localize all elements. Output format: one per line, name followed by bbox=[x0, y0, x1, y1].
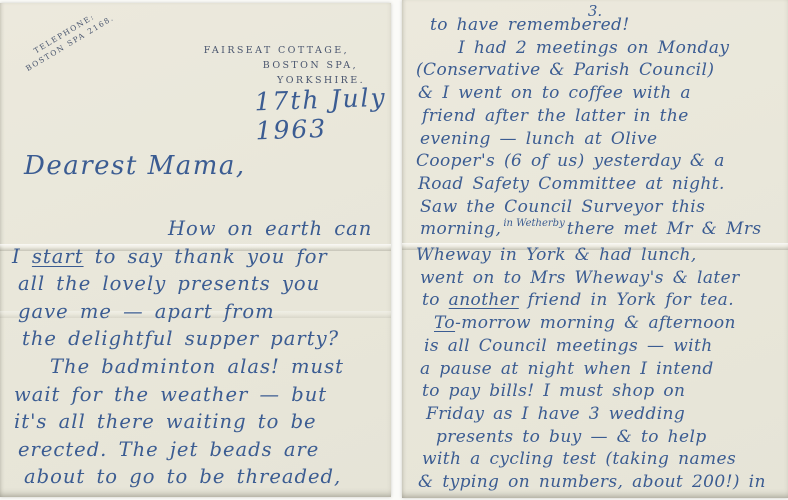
telephone-line: TELEPHONE: bbox=[18, 3, 111, 65]
letterhead-telephone: TELEPHONE: BOSTON SPA 2168. bbox=[18, 3, 116, 74]
handwritten-line: & I went on to coffee with a bbox=[416, 82, 784, 105]
handwritten-line: it's all there waiting to be bbox=[12, 408, 385, 436]
line-fragment: -morrow morning & afternoon bbox=[455, 313, 736, 333]
handwritten-line: (Conservative & Parish Council) bbox=[416, 59, 784, 82]
handwritten-line: evening — lunch at Olive bbox=[416, 128, 784, 151]
line-fragment: there met Mr & Mrs bbox=[567, 219, 762, 239]
line-fragment: morning, bbox=[420, 219, 501, 239]
handwritten-line: went on to Mrs Wheway's & later bbox=[416, 267, 784, 290]
handwritten-line: How on earth can bbox=[12, 215, 385, 243]
handwritten-line: the delightful supper party? bbox=[12, 325, 385, 353]
handwritten-line: Saw the Council Surveyor this bbox=[416, 196, 784, 219]
handwritten-line: To-morrow morning & afternoon bbox=[416, 312, 784, 335]
line-fragment: to say thank you for bbox=[84, 245, 328, 268]
underlined-word: another bbox=[449, 290, 519, 310]
letter-body-right: to have remembered! I had 2 meetings on … bbox=[416, 14, 784, 494]
handwritten-line: all the lovely presents you bbox=[12, 270, 385, 298]
handwritten-line: presents to buy — & to help bbox=[416, 426, 784, 449]
handwritten-line: morning,in Wetherbythere met Mr & Mrs bbox=[416, 218, 784, 244]
handwritten-line: to another friend in York for tea. bbox=[416, 289, 784, 312]
handwritten-line: Wheway in York & had lunch, bbox=[416, 244, 784, 267]
line-fragment: I bbox=[12, 245, 32, 268]
handwritten-line: The badminton alas! must bbox=[12, 353, 385, 381]
handwritten-line: Cooper's (6 of us) yesterday & a bbox=[416, 150, 784, 173]
handwritten-line: friend after the latter in the bbox=[416, 105, 784, 128]
address-line: FAIRSEAT COTTAGE, bbox=[190, 43, 365, 58]
salutation: Dearest Mama, bbox=[24, 151, 246, 181]
handwritten-line: Road Safety Committee at night. bbox=[416, 173, 784, 196]
handwritten-line: erected. The jet beads are bbox=[12, 436, 385, 464]
handwritten-line: is all Council meetings — with bbox=[416, 335, 784, 358]
handwritten-line: about to go to be threaded, bbox=[12, 463, 385, 491]
handwritten-line: to have remembered! bbox=[416, 14, 784, 37]
inserted-text: in Wetherby bbox=[503, 218, 564, 229]
letter-page-left: TELEPHONE: BOSTON SPA 2168. FAIRSEAT COT… bbox=[0, 3, 391, 497]
handwritten-line: I start to say thank you for bbox=[12, 243, 385, 271]
line-fragment: to bbox=[422, 290, 449, 310]
underlined-word: To bbox=[434, 313, 455, 333]
handwritten-line: & typing on numbers, about 200!) in bbox=[416, 471, 784, 494]
line-fragment: friend in York for tea. bbox=[519, 290, 734, 310]
handwritten-line: to pay bills! I must shop on bbox=[416, 380, 784, 403]
handwritten-line: with a cycling test (taking names bbox=[416, 448, 784, 471]
letter-body-left: How on earth can I start to say thank yo… bbox=[12, 215, 385, 491]
underlined-word: start bbox=[32, 245, 84, 268]
handwritten-line: gave me — apart from bbox=[12, 298, 385, 326]
letter-page-right: 3. to have remembered! I had 2 meetings … bbox=[402, 0, 788, 498]
letterhead-address: FAIRSEAT COTTAGE, BOSTON SPA, YORKSHIRE. bbox=[190, 43, 365, 88]
letter-date: 17th July 1963 bbox=[254, 83, 392, 146]
handwritten-line: Friday as I have 3 wedding bbox=[416, 403, 784, 426]
handwritten-line: I had 2 meetings on Monday bbox=[416, 37, 784, 60]
handwritten-line: a pause at night when I intend bbox=[416, 358, 784, 381]
address-line: BOSTON SPA, bbox=[190, 58, 365, 73]
handwritten-line: wait for the weather — but bbox=[12, 381, 385, 409]
